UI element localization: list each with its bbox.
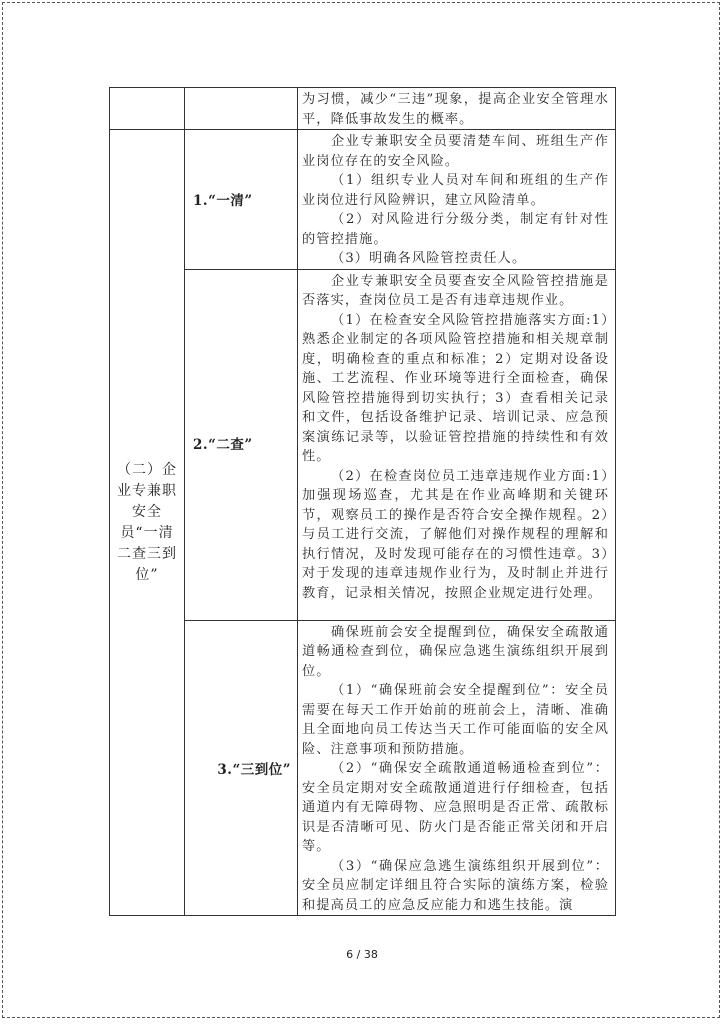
table-row-item-2: 2.“二查” 企业专兼职安全员要查安全风险管控措施是否落实，查岗位员工是否有违章… (110, 269, 616, 620)
section-label: （二）企业专兼职安全员“一清二查三到位” (110, 460, 184, 586)
cell-section-label: （二）企业专兼职安全员“一清二查三到位” (110, 130, 185, 916)
paragraph: （1）在检查安全风险管控措施落实方面:1）熟悉企业制定的各项风险管控措施和相关规… (302, 311, 609, 467)
cell-empty-section (110, 88, 185, 130)
cell-item-label: 2.“二查” (185, 269, 298, 620)
page-number: 6 / 38 (0, 948, 724, 961)
cell-continued-text: 为习惯，减少“三违”现象，提高企业安全管理水平，降低事故发生的概率。 (298, 88, 616, 130)
content-table: 为习惯，减少“三违”现象，提高企业安全管理水平，降低事故发生的概率。 （二）企业… (109, 87, 616, 916)
paragraph: （1）组织专业人员对车间和班组的生产作业岗位进行风险辨识，建立风险清单。 (302, 171, 609, 210)
paragraph: 企业专兼职安全员要清楚车间、班组生产作业岗位存在的安全风险。 (302, 132, 609, 171)
paragraph: 确保班前会安全提醒到位，确保安全疏散通道畅通检查到位，确保应急逃生演练组织开展到… (302, 623, 609, 682)
paragraph: 企业专兼职安全员要查安全风险管控措施是否落实，查岗位员工是否有违章违规作业。 (302, 272, 609, 311)
paragraph: （3）明确各风险管控责任人。 (302, 249, 609, 269)
paragraph: （3）“确保应急逃生演练组织开展到位”：安全员应制定详细且符合实际的演练方案，检… (302, 857, 609, 916)
table-row-item-1: （二）企业专兼职安全员“一清二查三到位” 1.“一清” 企业专兼职安全员要清楚车… (110, 130, 616, 270)
cell-item-content: 企业专兼职安全员要清楚车间、班组生产作业岗位存在的安全风险。 （1）组织专业人员… (298, 130, 616, 270)
item-label-yiqing: 1.“一清” (185, 189, 297, 209)
cell-empty-item (185, 88, 298, 130)
cell-item-label: 1.“一清” (185, 130, 298, 270)
cell-item-content: 企业专兼职安全员要查安全风险管控措施是否落实，查岗位员工是否有违章违规作业。 （… (298, 269, 616, 620)
cell-item-label: 3.“三到位” (185, 620, 298, 916)
table-row-continued: 为习惯，减少“三违”现象，提高企业安全管理水平，降低事故发生的概率。 (110, 88, 616, 130)
paragraph: （2）对风险进行分级分类，制定有针对性的管控措施。 (302, 210, 609, 249)
item-label-ercha: 2.“二查” (185, 270, 297, 453)
cell-item-content: 确保班前会安全提醒到位，确保安全疏散通道畅通检查到位，确保应急逃生演练组织开展到… (298, 620, 616, 916)
paragraph: 为习惯，减少“三违”现象，提高企业安全管理水平，降低事故发生的概率。 (302, 90, 609, 129)
table-row-item-3: 3.“三到位” 确保班前会安全提醒到位，确保安全疏散通道畅通检查到位，确保应急逃… (110, 620, 616, 916)
paragraph: （1）“确保班前会安全提醒到位”：安全员需要在每天工作开始前的班前会上，清晰、准… (302, 681, 609, 759)
paragraph: （2）“确保安全疏散通道畅通检查到位”：安全员定期对安全疏散通道进行仔细检查，包… (302, 759, 609, 857)
item-label-sandaowei: 3.“三到位” (185, 758, 297, 778)
paragraph: （2）在检查岗位员工违章违规作业方面:1）加强现场巡查，尤其是在作业高峰期和关键… (302, 467, 609, 604)
